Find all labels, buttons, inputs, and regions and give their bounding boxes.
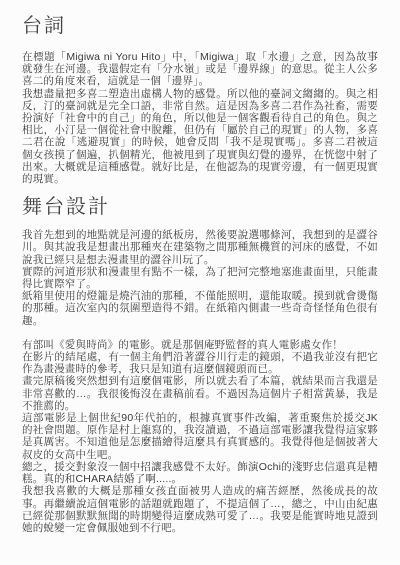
paragraph: 在標題「Migiwa ni Yoru Hito」中，「Migiwa」取「水邊」之… xyxy=(22,51,378,88)
paragraph: 我想我喜歡的大概是那種女孩直面被男人造成的痛苦經歷，然後成長的故事。再繼續說這個… xyxy=(22,485,378,534)
paragraph: 我首先想到的地點就是河邊的紙板房，然後要說選哪條河，我想到的是澀谷川。與其說我是… xyxy=(22,229,378,266)
paragraph: 有部叫《愛與時尚》的電影。就是那個庵野監督的真人電影處女作！ xyxy=(22,339,378,351)
paragraph: 這部電影是上個世紀90年代拍的，根據真實事件改編，著重聚焦於援交JK的社會問題。… xyxy=(22,412,378,461)
paragraph: 總之，援交對象沒一個中招讓我感覺不太好。飾演Ochi的淺野忠信還真是糟糕。真的和… xyxy=(22,461,378,485)
paragraph: 紙箱里使用的燈籠是燒汽油的那種，不僅能照明，還能取暖。摸到就會燙傷的那種。這次室… xyxy=(22,290,378,327)
section-title-dialogue: 台詞 xyxy=(22,15,378,37)
section-dialogue: 台詞 在標題「Migiwa ni Yoru Hito」中，「Migiwa」取「水… xyxy=(22,15,378,185)
article-page: 台詞 在標題「Migiwa ni Yoru Hito」中，「Migiwa」取「水… xyxy=(0,0,400,565)
paragraph: 畫完原稿後突然想到有這麼個電影，所以就去看了本篇，就結果而言我還是非常喜歡的…。… xyxy=(22,375,378,412)
section-title-stage-design: 舞台設計 xyxy=(22,196,378,218)
paragraph: 在影片的結尾處，有一個主角們沿著澀谷川行走的鏡頭，不過我並沒有把它作為畫漫畫時的… xyxy=(22,351,378,375)
section-stage-design: 舞台設計 我首先想到的地點就是河邊的紙板房，然後要說選哪條河，我想到的是澀谷川。… xyxy=(22,196,378,534)
paragraph: 實際的河道形狀和漫畫里有點不一樣，為了把河完整地塞進畫面里，只能畫得比實際窄了。 xyxy=(22,266,378,290)
paragraph: 我想盡量把多喜二塑造出虛構人物的感覺。所以他的臺詞文縐縐的。與之相反，汀的臺詞就… xyxy=(22,88,378,186)
